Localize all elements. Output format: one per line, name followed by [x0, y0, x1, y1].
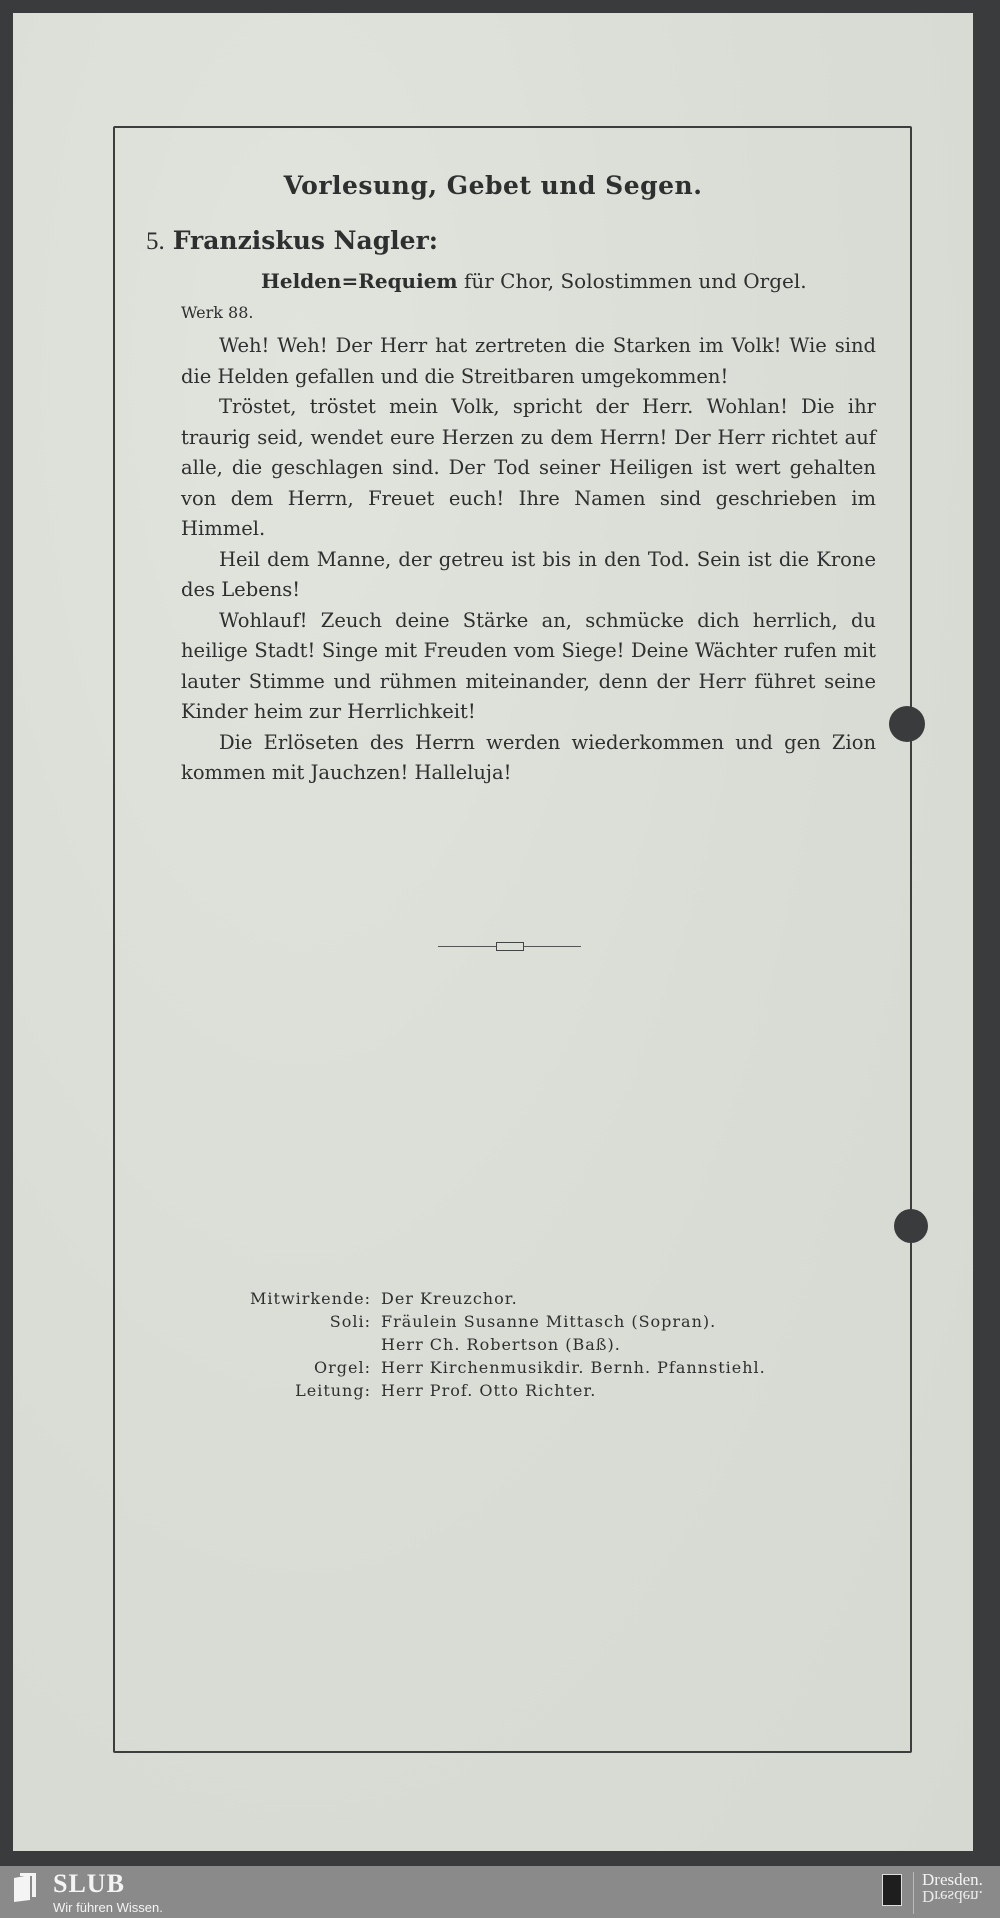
composer-heading: 5.Franziskus Nagler:: [146, 226, 438, 256]
credit-row: Orgel: Herr Kirchenmusikdir. Bernh. Pfan…: [223, 1356, 766, 1379]
credit-label: [223, 1333, 381, 1356]
credits-list: Mitwirkende: Der Kreuzchor. Soli: Fräule…: [223, 1287, 766, 1402]
credit-label: Soli:: [223, 1310, 381, 1333]
credit-value: Der Kreuzchor.: [381, 1287, 518, 1310]
section-title: Vorlesung, Gebet und Segen.: [13, 171, 973, 200]
credit-value: Herr Prof. Otto Richter.: [381, 1379, 596, 1402]
punch-hole: [889, 706, 925, 742]
credit-row: Soli: Fräulein Susanne Mittasch (Sopran)…: [223, 1310, 766, 1333]
opus-number: Werk 88.: [181, 303, 253, 322]
divider-ornament: [496, 942, 524, 951]
credit-value: Herr Kirchenmusikdir. Bernh. Pfannstiehl…: [381, 1356, 766, 1379]
paragraph: Die Erlöseten des Herrn werden wiederkom…: [181, 728, 876, 789]
work-title: Helden=Requiem: [261, 269, 458, 293]
item-number: 5.: [146, 228, 165, 255]
dresden-text-mirror: Dresden.: [922, 1888, 983, 1904]
credit-value: Fräulein Susanne Mittasch (Sopran).: [381, 1310, 716, 1333]
viewer-footer: SLUB Wir führen Wissen. Dresden. Dresden…: [0, 1866, 1000, 1918]
paragraph: Weh! Weh! Der Herr hat zertreten die Sta…: [181, 331, 876, 392]
credit-row: Mitwirkende: Der Kreuzchor.: [223, 1287, 766, 1310]
composer-name: Franziskus Nagler:: [173, 226, 438, 255]
footer-separator: [913, 1872, 914, 1914]
credit-row: Herr Ch. Robertson (Baß).: [223, 1333, 766, 1356]
document-page: Vorlesung, Gebet und Segen. 5.Franziskus…: [13, 13, 973, 1851]
slub-book-icon: [12, 1872, 42, 1902]
dresden-crest-icon: [882, 1874, 902, 1906]
punch-hole: [894, 1209, 928, 1243]
slub-tagline: Wir führen Wissen.: [53, 1900, 163, 1915]
slub-brand[interactable]: SLUB: [53, 1869, 125, 1899]
paragraph: Tröstet, tröstet mein Volk, spricht der …: [181, 392, 876, 545]
paragraph: Heil dem Manne, der getreu ist bis in de…: [181, 545, 876, 606]
work-title-line: Helden=Requiem für Chor, Solostimmen und…: [261, 269, 807, 293]
dresden-logo[interactable]: Dresden. Dresden.: [922, 1872, 983, 1904]
credit-value: Herr Ch. Robertson (Baß).: [381, 1333, 621, 1356]
lyrics-text: Weh! Weh! Der Herr hat zertreten die Sta…: [181, 331, 876, 789]
credit-row: Leitung: Herr Prof. Otto Richter.: [223, 1379, 766, 1402]
credit-label: Orgel:: [223, 1356, 381, 1379]
work-subtitle: für Chor, Solostimmen und Orgel.: [464, 269, 807, 293]
credit-label: Leitung:: [223, 1379, 381, 1402]
credit-label: Mitwirkende:: [223, 1287, 381, 1310]
paragraph: Wohlauf! Zeuch deine Stärke an, schmücke…: [181, 606, 876, 728]
